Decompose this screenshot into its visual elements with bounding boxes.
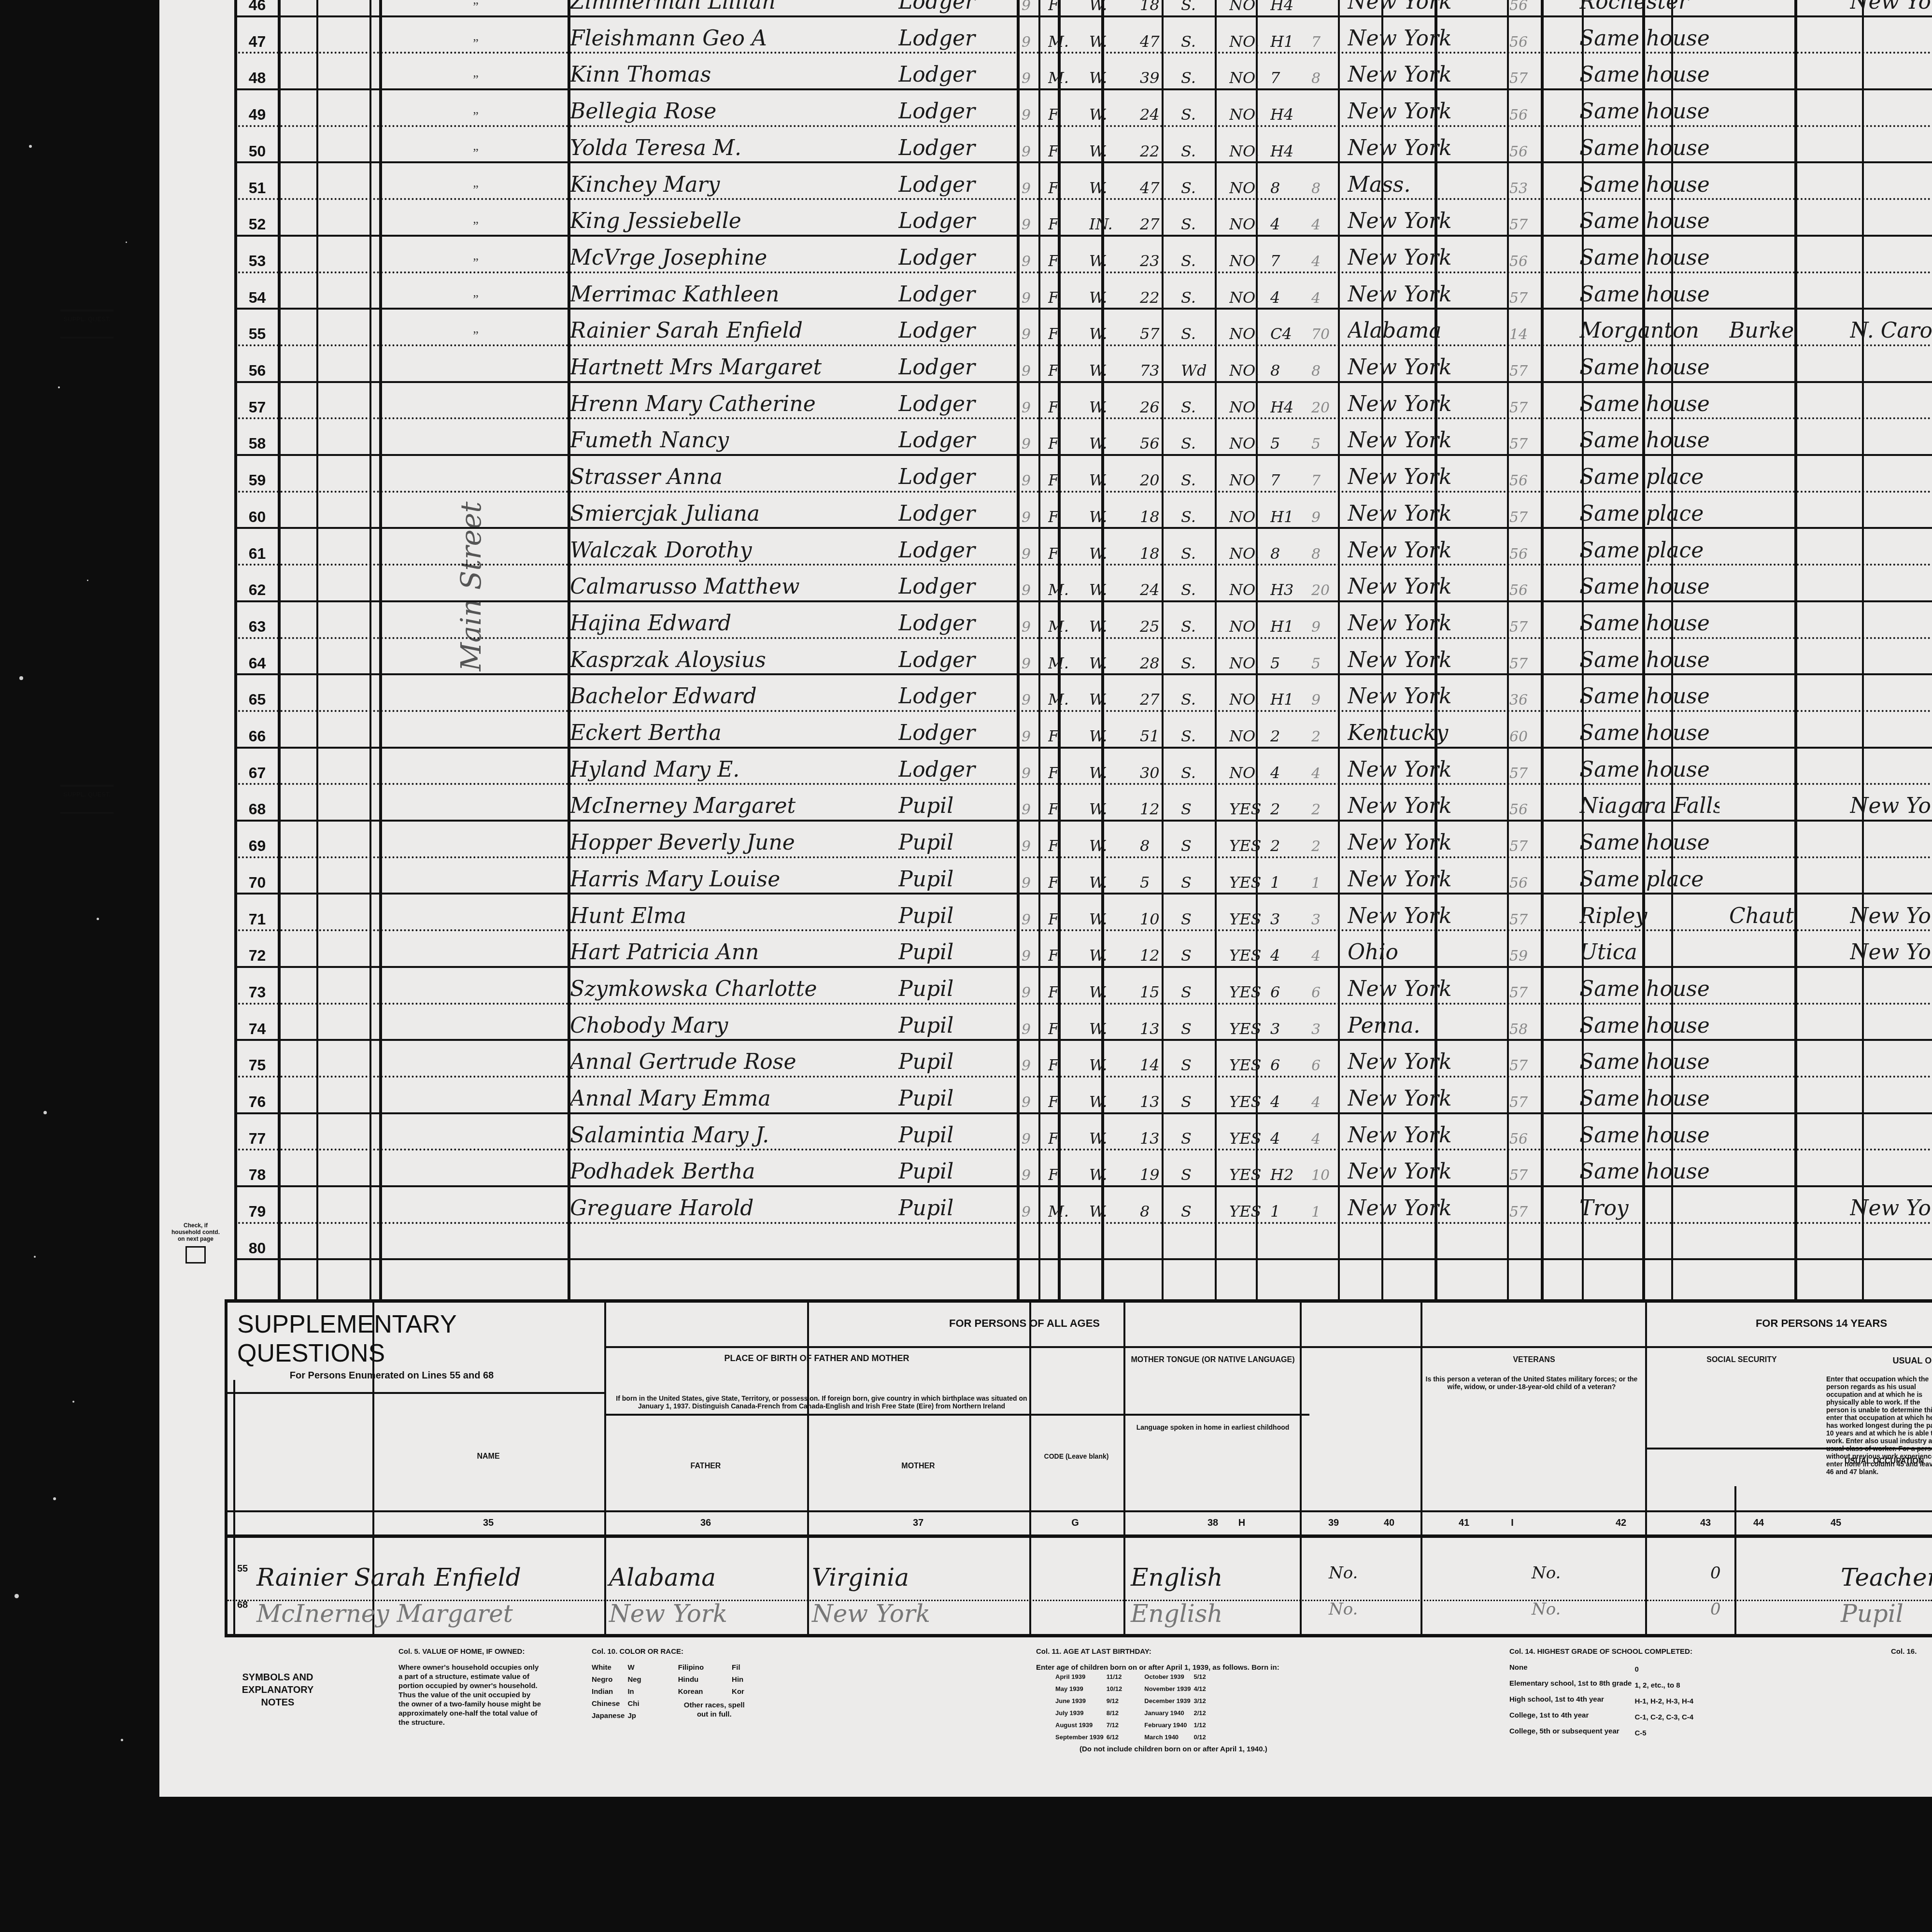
cell-birthplace: New York bbox=[1348, 17, 1507, 54]
age-month: November 1939 bbox=[1125, 1684, 1193, 1696]
cell-code2: 4 bbox=[1311, 749, 1345, 785]
cell-ditto bbox=[384, 566, 568, 602]
cell-grade: 3 bbox=[1270, 895, 1309, 931]
race-code: Kor bbox=[732, 1687, 753, 1699]
cell-res-state bbox=[1850, 383, 1932, 419]
cell-res-state bbox=[1850, 822, 1932, 858]
cell-marital: S. bbox=[1181, 164, 1224, 200]
column-number: 40 bbox=[1375, 1518, 1404, 1529]
cell-age: 20 bbox=[1140, 456, 1183, 492]
cell-ditto bbox=[384, 931, 568, 967]
cell-school: YES bbox=[1229, 785, 1268, 821]
cell-res-city: Same house bbox=[1579, 675, 1719, 711]
cell-age: 24 bbox=[1140, 566, 1183, 602]
school-codes-table: None0Elementary school, 1st to 8th grade… bbox=[1509, 1663, 1696, 1743]
cell-grade: H1 bbox=[1270, 675, 1309, 711]
age-code: 9/12 bbox=[1107, 1696, 1125, 1708]
cell-ditto: ” bbox=[384, 237, 568, 273]
cell-code2: 7 bbox=[1311, 456, 1345, 492]
cell-code: 9 bbox=[1022, 90, 1041, 127]
cell-ditto: ” bbox=[384, 0, 568, 17]
cell-age: 47 bbox=[1140, 164, 1183, 200]
cell-res-county bbox=[1729, 749, 1845, 785]
cell-line: 71 bbox=[237, 895, 278, 931]
cell-marital: S bbox=[1181, 1041, 1224, 1077]
cell-code3: 57 bbox=[1509, 419, 1538, 455]
scan-speck bbox=[97, 918, 99, 920]
cell-code3: 57 bbox=[1509, 1041, 1538, 1077]
cell-race: W. bbox=[1089, 1005, 1142, 1041]
age-instructions: Enter age of children born on or after A… bbox=[1036, 1663, 1471, 1672]
census-row: 69Hopper Beverly JunePupil9F.W.8SYES22Ne… bbox=[167, 822, 1932, 858]
cell-ditto bbox=[384, 1187, 568, 1223]
cell-race: W. bbox=[1089, 273, 1142, 310]
cell-res-state bbox=[1850, 237, 1932, 273]
cell-grade: 4 bbox=[1270, 200, 1309, 236]
cell-grade: 1 bbox=[1270, 1187, 1309, 1223]
cell-race: W. bbox=[1089, 383, 1142, 419]
cell-age: 73 bbox=[1140, 346, 1183, 383]
age-code: 2/12 bbox=[1193, 1708, 1208, 1720]
scan-speck bbox=[126, 241, 127, 243]
cell-code: 9 bbox=[1022, 456, 1041, 492]
cell-age: 27 bbox=[1140, 200, 1183, 236]
cell-birthplace: New York bbox=[1348, 749, 1507, 785]
cell-code3: 56 bbox=[1509, 1114, 1538, 1151]
cell-relation: Pupil bbox=[898, 1151, 1014, 1187]
cell-grade: 4 bbox=[1270, 1078, 1309, 1114]
census-row: 50”Yolda Teresa M.Lodger9F.W.22S.NO.H4Ne… bbox=[167, 127, 1932, 164]
cell-ditto bbox=[384, 419, 568, 455]
census-row: 80 bbox=[167, 1224, 1932, 1261]
cell-code3: 57 bbox=[1509, 639, 1538, 675]
cell-code3: 57 bbox=[1509, 54, 1538, 90]
age-month: October 1939 bbox=[1125, 1672, 1193, 1684]
cell-birthplace: New York bbox=[1348, 200, 1507, 236]
cell-code2: 9 bbox=[1311, 675, 1345, 711]
household-continued-checkbox[interactable] bbox=[185, 1246, 206, 1264]
cell-code: 9 bbox=[1022, 1041, 1041, 1077]
cell-sex: M. bbox=[1048, 17, 1092, 54]
cell-code: 9 bbox=[1022, 639, 1041, 675]
cell-sex: F. bbox=[1048, 858, 1092, 895]
cell-ditto bbox=[384, 1041, 568, 1077]
census-row: 62Calmarusso MatthewLodger9M.W.24S.NO.H3… bbox=[167, 566, 1932, 602]
cell-sex: F. bbox=[1048, 1114, 1092, 1151]
cell-code2: 2 bbox=[1311, 785, 1345, 821]
cell-sex: F. bbox=[1048, 785, 1092, 821]
race-label: Filipino bbox=[644, 1663, 732, 1675]
cell-marital bbox=[1181, 1224, 1224, 1260]
census-schedule-grid: Main Street 46”Zimmerman LillianLodger9F… bbox=[167, 0, 1932, 1299]
cell-birthplace: New York bbox=[1348, 0, 1507, 17]
cell-code: 9 bbox=[1022, 273, 1041, 310]
cell-res-state bbox=[1850, 749, 1932, 785]
cell-res-city: Same house bbox=[1579, 383, 1719, 419]
cell-code2: 2 bbox=[1311, 822, 1345, 858]
cell-grade: 7 bbox=[1270, 54, 1309, 90]
supp-soc-sec: No. bbox=[1532, 1563, 1561, 1583]
cell-code: 9 bbox=[1022, 1151, 1041, 1187]
column-number: G bbox=[1061, 1518, 1090, 1529]
cell-age: 5 bbox=[1140, 858, 1183, 895]
cell-sex: F. bbox=[1048, 1041, 1092, 1077]
cell-sex: M. bbox=[1048, 675, 1092, 711]
cell-ditto: ” bbox=[384, 164, 568, 200]
cell-line: 62 bbox=[237, 566, 278, 602]
cell-ditto bbox=[384, 858, 568, 895]
cell-school: NO. bbox=[1229, 602, 1268, 639]
cell-res-county bbox=[1729, 419, 1845, 455]
cell-code3: 56 bbox=[1509, 529, 1538, 566]
cell-grade: 3 bbox=[1270, 1005, 1309, 1041]
cell-grade bbox=[1270, 1224, 1309, 1260]
cell-birthplace: New York bbox=[1348, 675, 1507, 711]
suppl-quest-tag: SUPPL. QUEST. bbox=[60, 785, 114, 814]
cell-res-county bbox=[1729, 566, 1845, 602]
cell-res-state: New York bbox=[1850, 1187, 1932, 1223]
cell-sex: F. bbox=[1048, 127, 1092, 163]
supp-father: New York bbox=[609, 1600, 727, 1628]
cell-res-city: Same house bbox=[1579, 602, 1719, 639]
cell-birthplace: New York bbox=[1348, 1187, 1507, 1223]
cell-res-county bbox=[1729, 1041, 1845, 1077]
census-row: 77Salamintia Mary J.Pupil9F.W.13SYES44Ne… bbox=[167, 1114, 1932, 1151]
cell-grade: 7 bbox=[1270, 237, 1309, 273]
cell-age: 12 bbox=[1140, 785, 1183, 821]
cell-school: YES bbox=[1229, 968, 1268, 1004]
cell-code2: 3 bbox=[1311, 895, 1345, 931]
cell-grade: H1 bbox=[1270, 493, 1309, 529]
cell-school: NO. bbox=[1229, 493, 1268, 529]
column-number: 36 bbox=[691, 1518, 720, 1529]
cell-res-county bbox=[1729, 529, 1845, 566]
cell-relation bbox=[898, 1224, 1014, 1260]
cell-code: 9 bbox=[1022, 164, 1041, 200]
cell-code2 bbox=[1311, 90, 1345, 127]
cell-sex: F. bbox=[1048, 90, 1092, 127]
cell-code3: 57 bbox=[1509, 200, 1538, 236]
cell-code: 9 bbox=[1022, 931, 1041, 967]
cell-code: 9 bbox=[1022, 858, 1041, 895]
cell-res-city: Ripley bbox=[1579, 895, 1719, 931]
for-all-ages-header: FOR PERSONS OF ALL AGES bbox=[807, 1317, 1242, 1330]
cell-line: 72 bbox=[237, 931, 278, 967]
census-row: 76Annal Mary EmmaPupil9F.W.13SYES44New Y… bbox=[167, 1078, 1932, 1114]
cell-ditto bbox=[384, 675, 568, 711]
race-code: In bbox=[627, 1687, 644, 1699]
cell-res-state bbox=[1850, 1114, 1932, 1151]
cell-res-county bbox=[1729, 90, 1845, 127]
cell-school: YES bbox=[1229, 1151, 1268, 1187]
cell-race: W. bbox=[1089, 456, 1142, 492]
cell-code: 9 bbox=[1022, 895, 1041, 931]
scan-speck bbox=[53, 1497, 56, 1500]
cell-age: 13 bbox=[1140, 1078, 1183, 1114]
cell-race: W. bbox=[1089, 712, 1142, 748]
cell-race: W. bbox=[1089, 164, 1142, 200]
cell-line: 57 bbox=[237, 383, 278, 419]
cell-sex: F. bbox=[1048, 237, 1092, 273]
cell-code: 9 bbox=[1022, 566, 1041, 602]
cell-line: 58 bbox=[237, 419, 278, 455]
cell-line: 80 bbox=[237, 1224, 278, 1260]
cell-res-city: Same place bbox=[1579, 529, 1719, 566]
cell-ditto bbox=[384, 456, 568, 492]
cell-birthplace: New York bbox=[1348, 127, 1507, 163]
cell-birthplace: New York bbox=[1348, 1151, 1507, 1187]
cell-code: 9 bbox=[1022, 346, 1041, 383]
cell-age: 22 bbox=[1140, 273, 1183, 310]
cell-ditto bbox=[384, 968, 568, 1004]
cell-marital: S. bbox=[1181, 310, 1224, 346]
census-row: 71Hunt ElmaPupil9F.W.10SYES33New York57R… bbox=[167, 895, 1932, 932]
cell-birthplace: New York bbox=[1348, 90, 1507, 127]
age-month: March 1940 bbox=[1125, 1733, 1193, 1745]
cell-res-county bbox=[1729, 822, 1845, 858]
cell-marital: S. bbox=[1181, 639, 1224, 675]
cell-line: 50 bbox=[237, 127, 278, 163]
cell-age: 47 bbox=[1140, 17, 1183, 54]
school-code: C-5 bbox=[1634, 1727, 1696, 1743]
cell-school: YES bbox=[1229, 858, 1268, 895]
cell-line: 60 bbox=[237, 493, 278, 529]
cell-code3: 56 bbox=[1509, 858, 1538, 895]
cell-res-county: Chaut bbox=[1729, 895, 1845, 931]
cell-race: W. bbox=[1089, 493, 1142, 529]
age-code: 7/12 bbox=[1107, 1720, 1125, 1733]
column-number: 43 bbox=[1691, 1518, 1720, 1529]
scan-speck bbox=[34, 1256, 36, 1258]
cell-relation: Pupil bbox=[898, 895, 1014, 931]
age-code: 4/12 bbox=[1193, 1684, 1208, 1696]
cell-code3: 57 bbox=[1509, 493, 1538, 529]
cell-marital: S. bbox=[1181, 0, 1224, 17]
race-code: Fil bbox=[732, 1663, 753, 1675]
cell-marital: S bbox=[1181, 931, 1224, 967]
cell-code: 9 bbox=[1022, 529, 1041, 566]
cell-race: W. bbox=[1089, 1041, 1142, 1077]
cell-school: YES bbox=[1229, 1187, 1268, 1223]
cell-res-city: Niagara Falls bbox=[1579, 785, 1719, 821]
column-number: 38 bbox=[1198, 1518, 1227, 1529]
cell-res-county bbox=[1729, 602, 1845, 639]
cell-age: 18 bbox=[1140, 529, 1183, 566]
cell-marital: S. bbox=[1181, 90, 1224, 127]
cell-grade: 4 bbox=[1270, 749, 1309, 785]
cell-res-county bbox=[1729, 273, 1845, 310]
cell-code3: 57 bbox=[1509, 968, 1538, 1004]
cell-code3: 59 bbox=[1509, 931, 1538, 967]
veterans-instructions: Is this person a veteran of the United S… bbox=[1425, 1375, 1638, 1391]
cell-age: 8 bbox=[1140, 822, 1183, 858]
cell-res-state bbox=[1850, 639, 1932, 675]
cell-race: W. bbox=[1089, 1151, 1142, 1187]
cell-code3: 57 bbox=[1509, 602, 1538, 639]
cell-res-city: Troy bbox=[1579, 1187, 1719, 1223]
age-month: July 1939 bbox=[1055, 1708, 1107, 1720]
supp-occupation: Pupil bbox=[1841, 1600, 1904, 1628]
cell-code3: 57 bbox=[1509, 273, 1538, 310]
column-number: 41 bbox=[1449, 1518, 1478, 1529]
cell-school: NO. bbox=[1229, 164, 1268, 200]
cell-code3: 53 bbox=[1509, 164, 1538, 200]
cell-age: 24 bbox=[1140, 90, 1183, 127]
cell-code: 9 bbox=[1022, 1187, 1041, 1223]
symbols-explanatory-notes: SYMBOLS AND EXPLANATORY NOTES Col. 5. VA… bbox=[225, 1642, 1932, 1787]
cell-res-state: New York bbox=[1850, 931, 1932, 967]
cell-school: YES bbox=[1229, 931, 1268, 967]
cell-code: 9 bbox=[1022, 493, 1041, 529]
cell-res-county bbox=[1729, 1114, 1845, 1151]
cell-grade: 2 bbox=[1270, 822, 1309, 858]
cell-school: NO. bbox=[1229, 273, 1268, 310]
cell-res-city: Same house bbox=[1579, 54, 1719, 90]
cell-school: NO. bbox=[1229, 200, 1268, 236]
cell-code3: 56 bbox=[1509, 237, 1538, 273]
age-code: 0/12 bbox=[1193, 1733, 1208, 1745]
cell-birthplace: New York bbox=[1348, 346, 1507, 383]
cell-res-county bbox=[1729, 127, 1845, 163]
cell-school: YES bbox=[1229, 822, 1268, 858]
census-row: 57Hrenn Mary CatherineLodger9F.W.26S.NO.… bbox=[167, 383, 1932, 420]
cell-code3: 56 bbox=[1509, 127, 1538, 163]
cell-sex: F. bbox=[1048, 895, 1092, 931]
cell-marital: S. bbox=[1181, 273, 1224, 310]
cell-code2: 4 bbox=[1311, 237, 1345, 273]
cell-grade: 5 bbox=[1270, 639, 1309, 675]
cell-age: 19 bbox=[1140, 1151, 1183, 1187]
cell-res-state bbox=[1850, 602, 1932, 639]
scan-speck bbox=[19, 676, 23, 680]
cell-grade: 1 bbox=[1270, 858, 1309, 895]
cell-line: 49 bbox=[237, 90, 278, 127]
cell-grade: H1 bbox=[1270, 602, 1309, 639]
cell-ditto: ” bbox=[384, 17, 568, 54]
supp-line: 68 bbox=[237, 1600, 248, 1611]
cell-birthplace: New York bbox=[1348, 237, 1507, 273]
cell-sex bbox=[1048, 1224, 1092, 1260]
cell-sex: F. bbox=[1048, 493, 1092, 529]
cell-age: 23 bbox=[1140, 237, 1183, 273]
cell-birthplace: New York bbox=[1348, 785, 1507, 821]
cell-age bbox=[1140, 1224, 1183, 1260]
cell-relation: Lodger bbox=[898, 127, 1014, 163]
cell-code2: 4 bbox=[1311, 1078, 1345, 1114]
cell-race: W. bbox=[1089, 675, 1142, 711]
cell-birthplace: New York bbox=[1348, 419, 1507, 455]
cell-code: 9 bbox=[1022, 0, 1041, 17]
cell-res-county bbox=[1729, 0, 1845, 17]
cell-marital: S. bbox=[1181, 17, 1224, 54]
cell-sex: F. bbox=[1048, 529, 1092, 566]
cell-marital: S. bbox=[1181, 566, 1224, 602]
cell-res-state bbox=[1850, 127, 1932, 163]
cell-grade: H4 bbox=[1270, 0, 1309, 17]
cell-code: 9 bbox=[1022, 1005, 1041, 1041]
cell-res-county bbox=[1729, 383, 1845, 419]
cell-res-city: Rochester bbox=[1579, 0, 1719, 17]
veterans-header: VETERANS bbox=[1425, 1356, 1643, 1364]
cell-code3: 36 bbox=[1509, 675, 1538, 711]
cell-code2: 6 bbox=[1311, 1041, 1345, 1077]
cell-birthplace: New York bbox=[1348, 1078, 1507, 1114]
age-month: January 1940 bbox=[1125, 1708, 1193, 1720]
census-row: 48”Kinn ThomasLodger9M.W.39S.NO.78New Yo… bbox=[167, 54, 1932, 90]
cell-marital: S bbox=[1181, 822, 1224, 858]
cell-birthplace bbox=[1348, 1224, 1507, 1260]
scan-speck bbox=[121, 1739, 123, 1741]
cell-race: W. bbox=[1089, 858, 1142, 895]
cell-line: 51 bbox=[237, 164, 278, 200]
cell-code3: 57 bbox=[1509, 895, 1538, 931]
cell-code: 9 bbox=[1022, 602, 1041, 639]
usual-occupation-header: USUAL OCCUPATION bbox=[1841, 1356, 1932, 1366]
father-column-label: FATHER bbox=[609, 1462, 802, 1471]
cell-age: 18 bbox=[1140, 0, 1183, 17]
cell-code2: 5 bbox=[1311, 419, 1345, 455]
cell-res-state bbox=[1850, 1224, 1932, 1260]
cell-school: NO. bbox=[1229, 310, 1268, 346]
cell-code2: 70 bbox=[1311, 310, 1345, 346]
cell-birthplace: New York bbox=[1348, 602, 1507, 639]
cell-res-state bbox=[1850, 54, 1932, 90]
cell-res-city: Same house bbox=[1579, 639, 1719, 675]
scan-speck bbox=[72, 1401, 74, 1403]
cell-school: NO bbox=[1229, 0, 1268, 17]
cell-marital: S. bbox=[1181, 200, 1224, 236]
cell-res-state: N. Carolina bbox=[1850, 310, 1932, 346]
cell-res-city: Same house bbox=[1579, 1005, 1719, 1041]
census-row: 53”McVrge JosephineLodger9F.W.23S.NO.74N… bbox=[167, 237, 1932, 273]
cell-line: 74 bbox=[237, 1005, 278, 1041]
cell-res-city: Same house bbox=[1579, 200, 1719, 236]
cell-school: NO. bbox=[1229, 90, 1268, 127]
cell-res-county bbox=[1729, 1151, 1845, 1187]
cell-res-county bbox=[1729, 675, 1845, 711]
cell-grade: 8 bbox=[1270, 164, 1309, 200]
race-code: Hin bbox=[732, 1675, 753, 1687]
cell-code2: 7 bbox=[1311, 17, 1345, 54]
age-code: 1/12 bbox=[1193, 1720, 1208, 1733]
census-row: 66Eckert BerthaLodger9F.W.51S.NO.22Kentu… bbox=[167, 712, 1932, 749]
cell-marital: S bbox=[1181, 858, 1224, 895]
supplementary-title: SUPPLEMENTARY QUESTIONS bbox=[237, 1310, 334, 1368]
cell-marital: Wd bbox=[1181, 346, 1224, 383]
cell-birthplace: Ohio bbox=[1348, 931, 1507, 967]
cell-sex: F. bbox=[1048, 712, 1092, 748]
cell-code: 9 bbox=[1022, 822, 1041, 858]
cell-line: 65 bbox=[237, 675, 278, 711]
supp-name: McInerney Margaret bbox=[256, 1600, 513, 1628]
cell-ditto bbox=[384, 1151, 568, 1187]
cell-sex: F. bbox=[1048, 419, 1092, 455]
race-label: Japanese bbox=[592, 1711, 627, 1723]
cell-relation: Lodger bbox=[898, 493, 1014, 529]
notes-title: SYMBOLS AND EXPLANATORY NOTES bbox=[234, 1671, 321, 1709]
for-14-years-header: FOR PERSONS 14 YEARS bbox=[1652, 1317, 1932, 1330]
cell-line: 79 bbox=[237, 1187, 278, 1223]
age-header: Col. 11. AGE AT LAST BIRTHDAY: bbox=[1036, 1647, 1471, 1656]
cell-relation: Pupil bbox=[898, 1187, 1014, 1223]
school-code: H-1, H-2, H-3, H-4 bbox=[1634, 1695, 1696, 1711]
cell-sex: F. bbox=[1048, 383, 1092, 419]
census-row: 51”Kinchey MaryLodger9F.W.47S.NO.88Mass.… bbox=[167, 164, 1932, 200]
cell-res-city bbox=[1579, 1224, 1719, 1260]
cell-sex: F. bbox=[1048, 931, 1092, 967]
column-number: 42 bbox=[1606, 1518, 1635, 1529]
cell-code3: 57 bbox=[1509, 1187, 1538, 1223]
